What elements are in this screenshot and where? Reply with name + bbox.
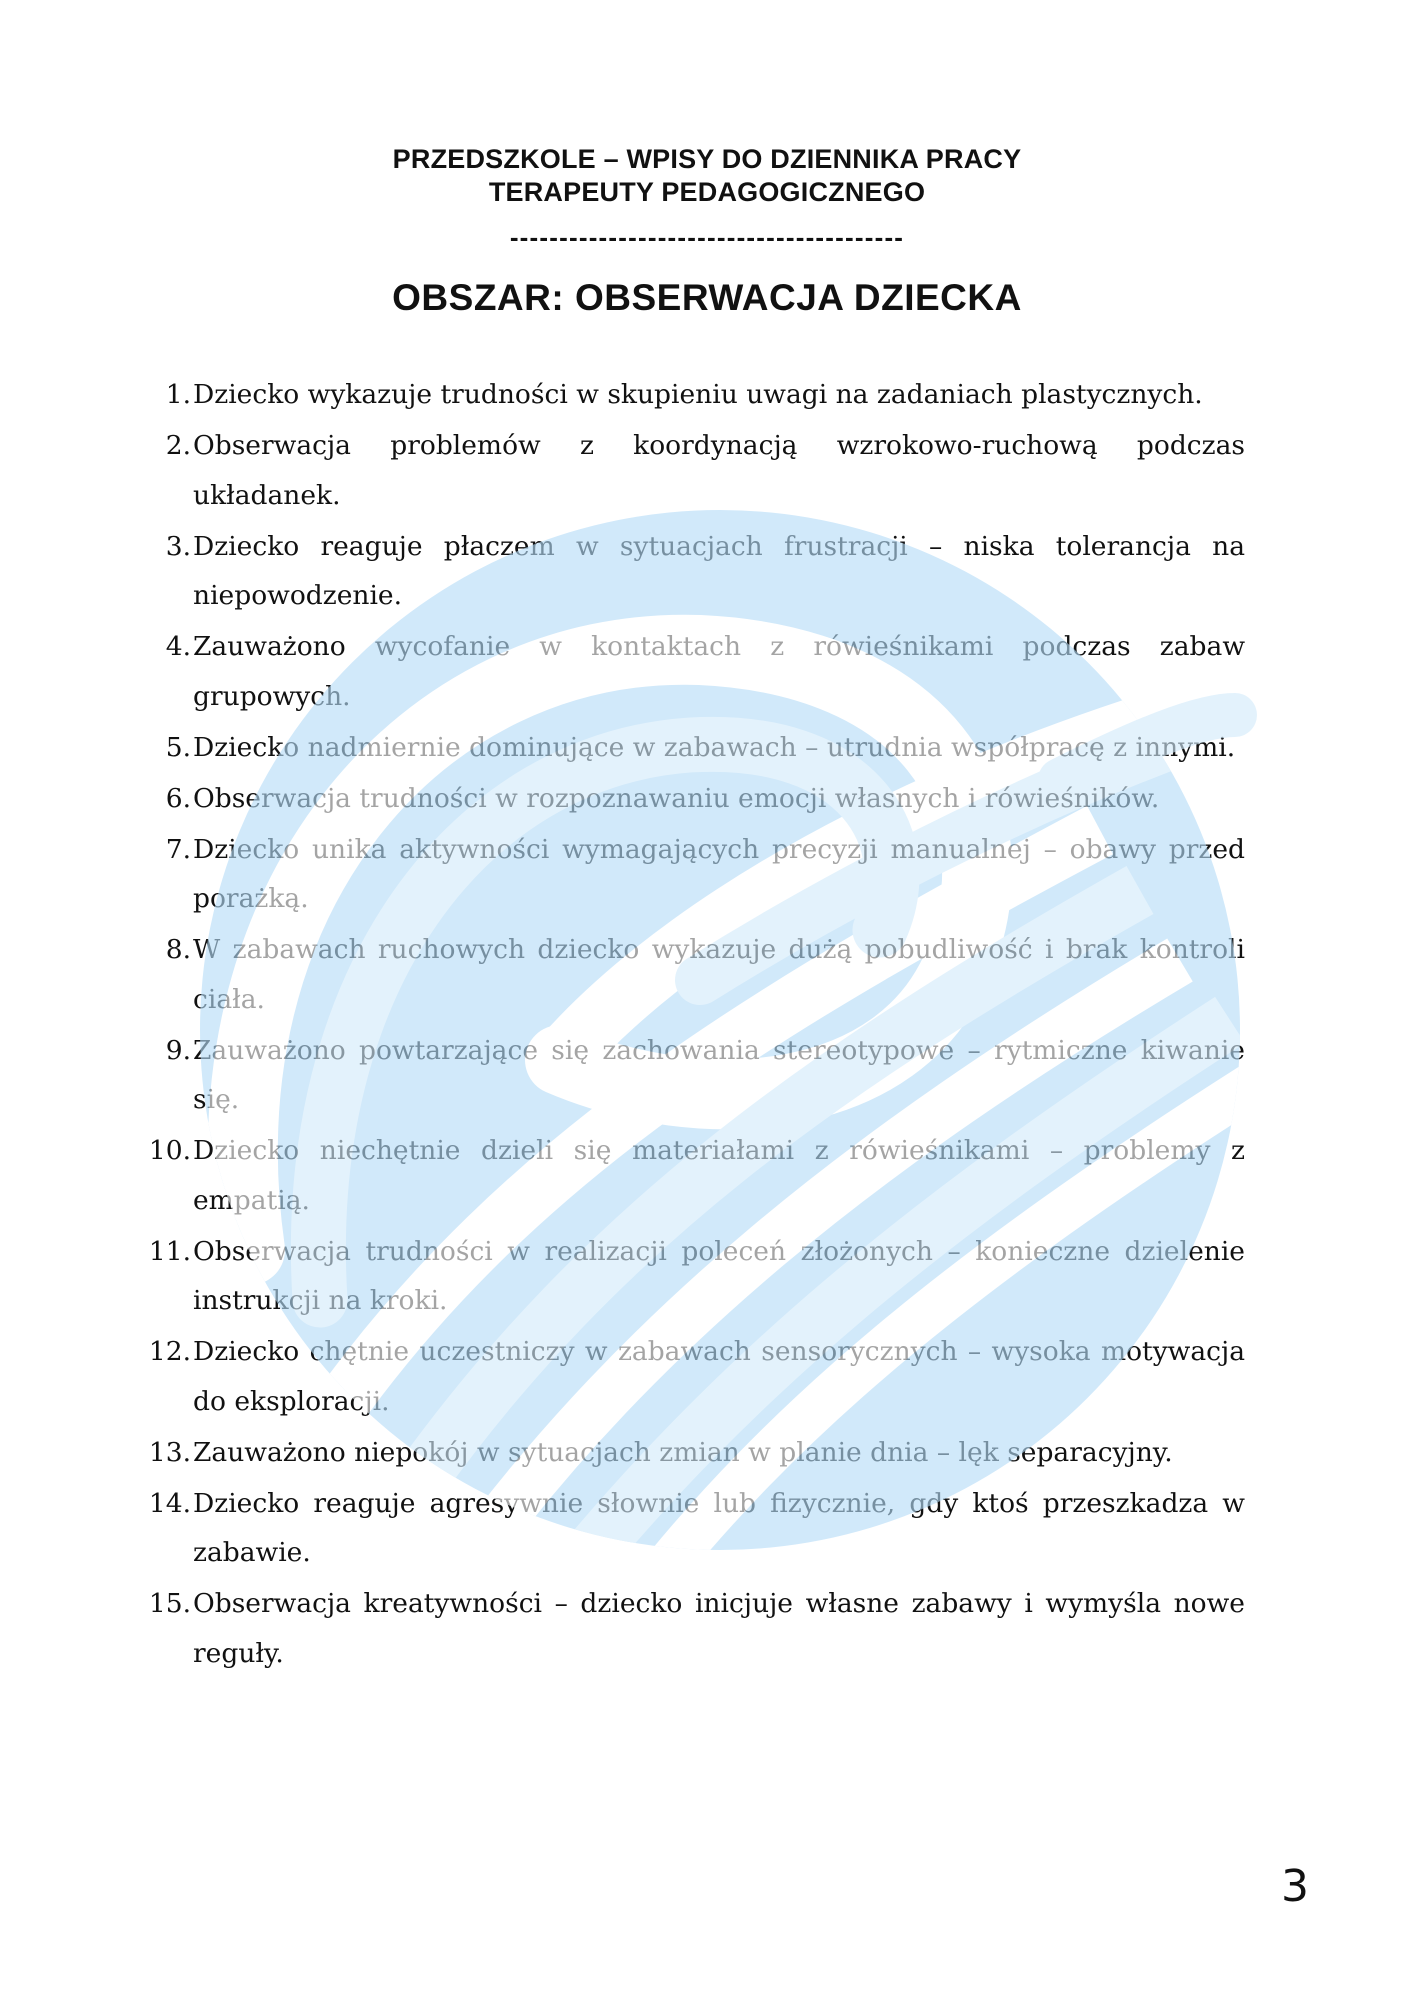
list-item: 10.Dziecko niechętnie dzieli się materia… <box>140 1126 1245 1225</box>
item-text: W zabawach ruchowych dziecko wykazuje du… <box>193 925 1245 1024</box>
item-text: Dziecko niechętnie dzieli się materiałam… <box>193 1126 1245 1225</box>
document-header: PRZEDSZKOLE – WPISY DO DZIENNIKA PRACY T… <box>0 143 1414 209</box>
list-item: 2.Obserwacja problemów z koordynacją wzr… <box>140 421 1245 520</box>
item-number: 12. <box>140 1327 191 1377</box>
list-item: 5.Dziecko nadmiernie dominujące w zabawa… <box>140 723 1245 773</box>
section-title: OBSZAR: OBSERWACJA DZIECKA <box>0 275 1414 321</box>
item-number: 7. <box>140 825 191 875</box>
item-text: Obserwacja trudności w rozpoznawaniu emo… <box>193 774 1245 824</box>
header-divider: ---------------------------------------- <box>0 222 1414 252</box>
header-title-line-2: TERAPEUTY PEDAGOGICZNEGO <box>0 176 1414 209</box>
item-text: Zauważono wycofanie w kontaktach z rówie… <box>193 622 1245 721</box>
list-item: 8.W zabawach ruchowych dziecko wykazuje … <box>140 925 1245 1024</box>
item-text: Obserwacja trudności w realizacji polece… <box>193 1227 1245 1326</box>
list-item: 1.Dziecko wykazuje trudności w skupieniu… <box>140 370 1245 420</box>
item-text: Dziecko reaguje płaczem w sytuacjach fru… <box>193 522 1245 621</box>
list-item: 7.Dziecko unika aktywności wymagających … <box>140 825 1245 924</box>
item-number: 13. <box>140 1428 191 1478</box>
item-text: Dziecko nadmiernie dominujące w zabawach… <box>193 723 1245 773</box>
item-text: Dziecko chętnie uczestniczy w zabawach s… <box>193 1327 1245 1426</box>
item-number: 2. <box>140 421 191 471</box>
item-text: Dziecko unika aktywności wymagających pr… <box>193 825 1245 924</box>
item-number: 15. <box>140 1579 191 1629</box>
list-item: 14.Dziecko reaguje agresywnie słownie lu… <box>140 1479 1245 1578</box>
item-text: Dziecko wykazuje trudności w skupieniu u… <box>193 370 1245 420</box>
item-text: Zauważono niepokój w sytuacjach zmian w … <box>193 1428 1245 1478</box>
page-number: 3 <box>1281 1862 1309 1912</box>
item-text: Obserwacja problemów z koordynacją wzrok… <box>193 421 1245 520</box>
observation-list: 1.Dziecko wykazuje trudności w skupieniu… <box>140 370 1245 1680</box>
item-text: Dziecko reaguje agresywnie słownie lub f… <box>193 1479 1245 1578</box>
item-number: 3. <box>140 522 191 572</box>
item-number: 1. <box>140 370 191 420</box>
item-text: Zauważono powtarzające się zachowania st… <box>193 1026 1245 1125</box>
item-number: 5. <box>140 723 191 773</box>
item-number: 8. <box>140 925 191 975</box>
item-number: 10. <box>140 1126 191 1176</box>
document-page: PRZEDSZKOLE – WPISY DO DZIENNIKA PRACY T… <box>0 0 1414 2000</box>
list-item: 15.Obserwacja kreatywności – dziecko ini… <box>140 1579 1245 1678</box>
list-item: 6.Obserwacja trudności w rozpoznawaniu e… <box>140 774 1245 824</box>
item-number: 11. <box>140 1227 191 1277</box>
list-item: 3.Dziecko reaguje płaczem w sytuacjach f… <box>140 522 1245 621</box>
list-item: 9.Zauważono powtarzające się zachowania … <box>140 1026 1245 1125</box>
item-number: 6. <box>140 774 191 824</box>
item-text: Obserwacja kreatywności – dziecko inicju… <box>193 1579 1245 1678</box>
item-number: 4. <box>140 622 191 672</box>
item-number: 9. <box>140 1026 191 1076</box>
header-title-line-1: PRZEDSZKOLE – WPISY DO DZIENNIKA PRACY <box>0 143 1414 176</box>
list-item: 13.Zauważono niepokój w sytuacjach zmian… <box>140 1428 1245 1478</box>
item-number: 14. <box>140 1479 191 1529</box>
list-item: 12.Dziecko chętnie uczestniczy w zabawac… <box>140 1327 1245 1426</box>
list-item: 4.Zauważono wycofanie w kontaktach z rów… <box>140 622 1245 721</box>
list-item: 11.Obserwacja trudności w realizacji pol… <box>140 1227 1245 1326</box>
